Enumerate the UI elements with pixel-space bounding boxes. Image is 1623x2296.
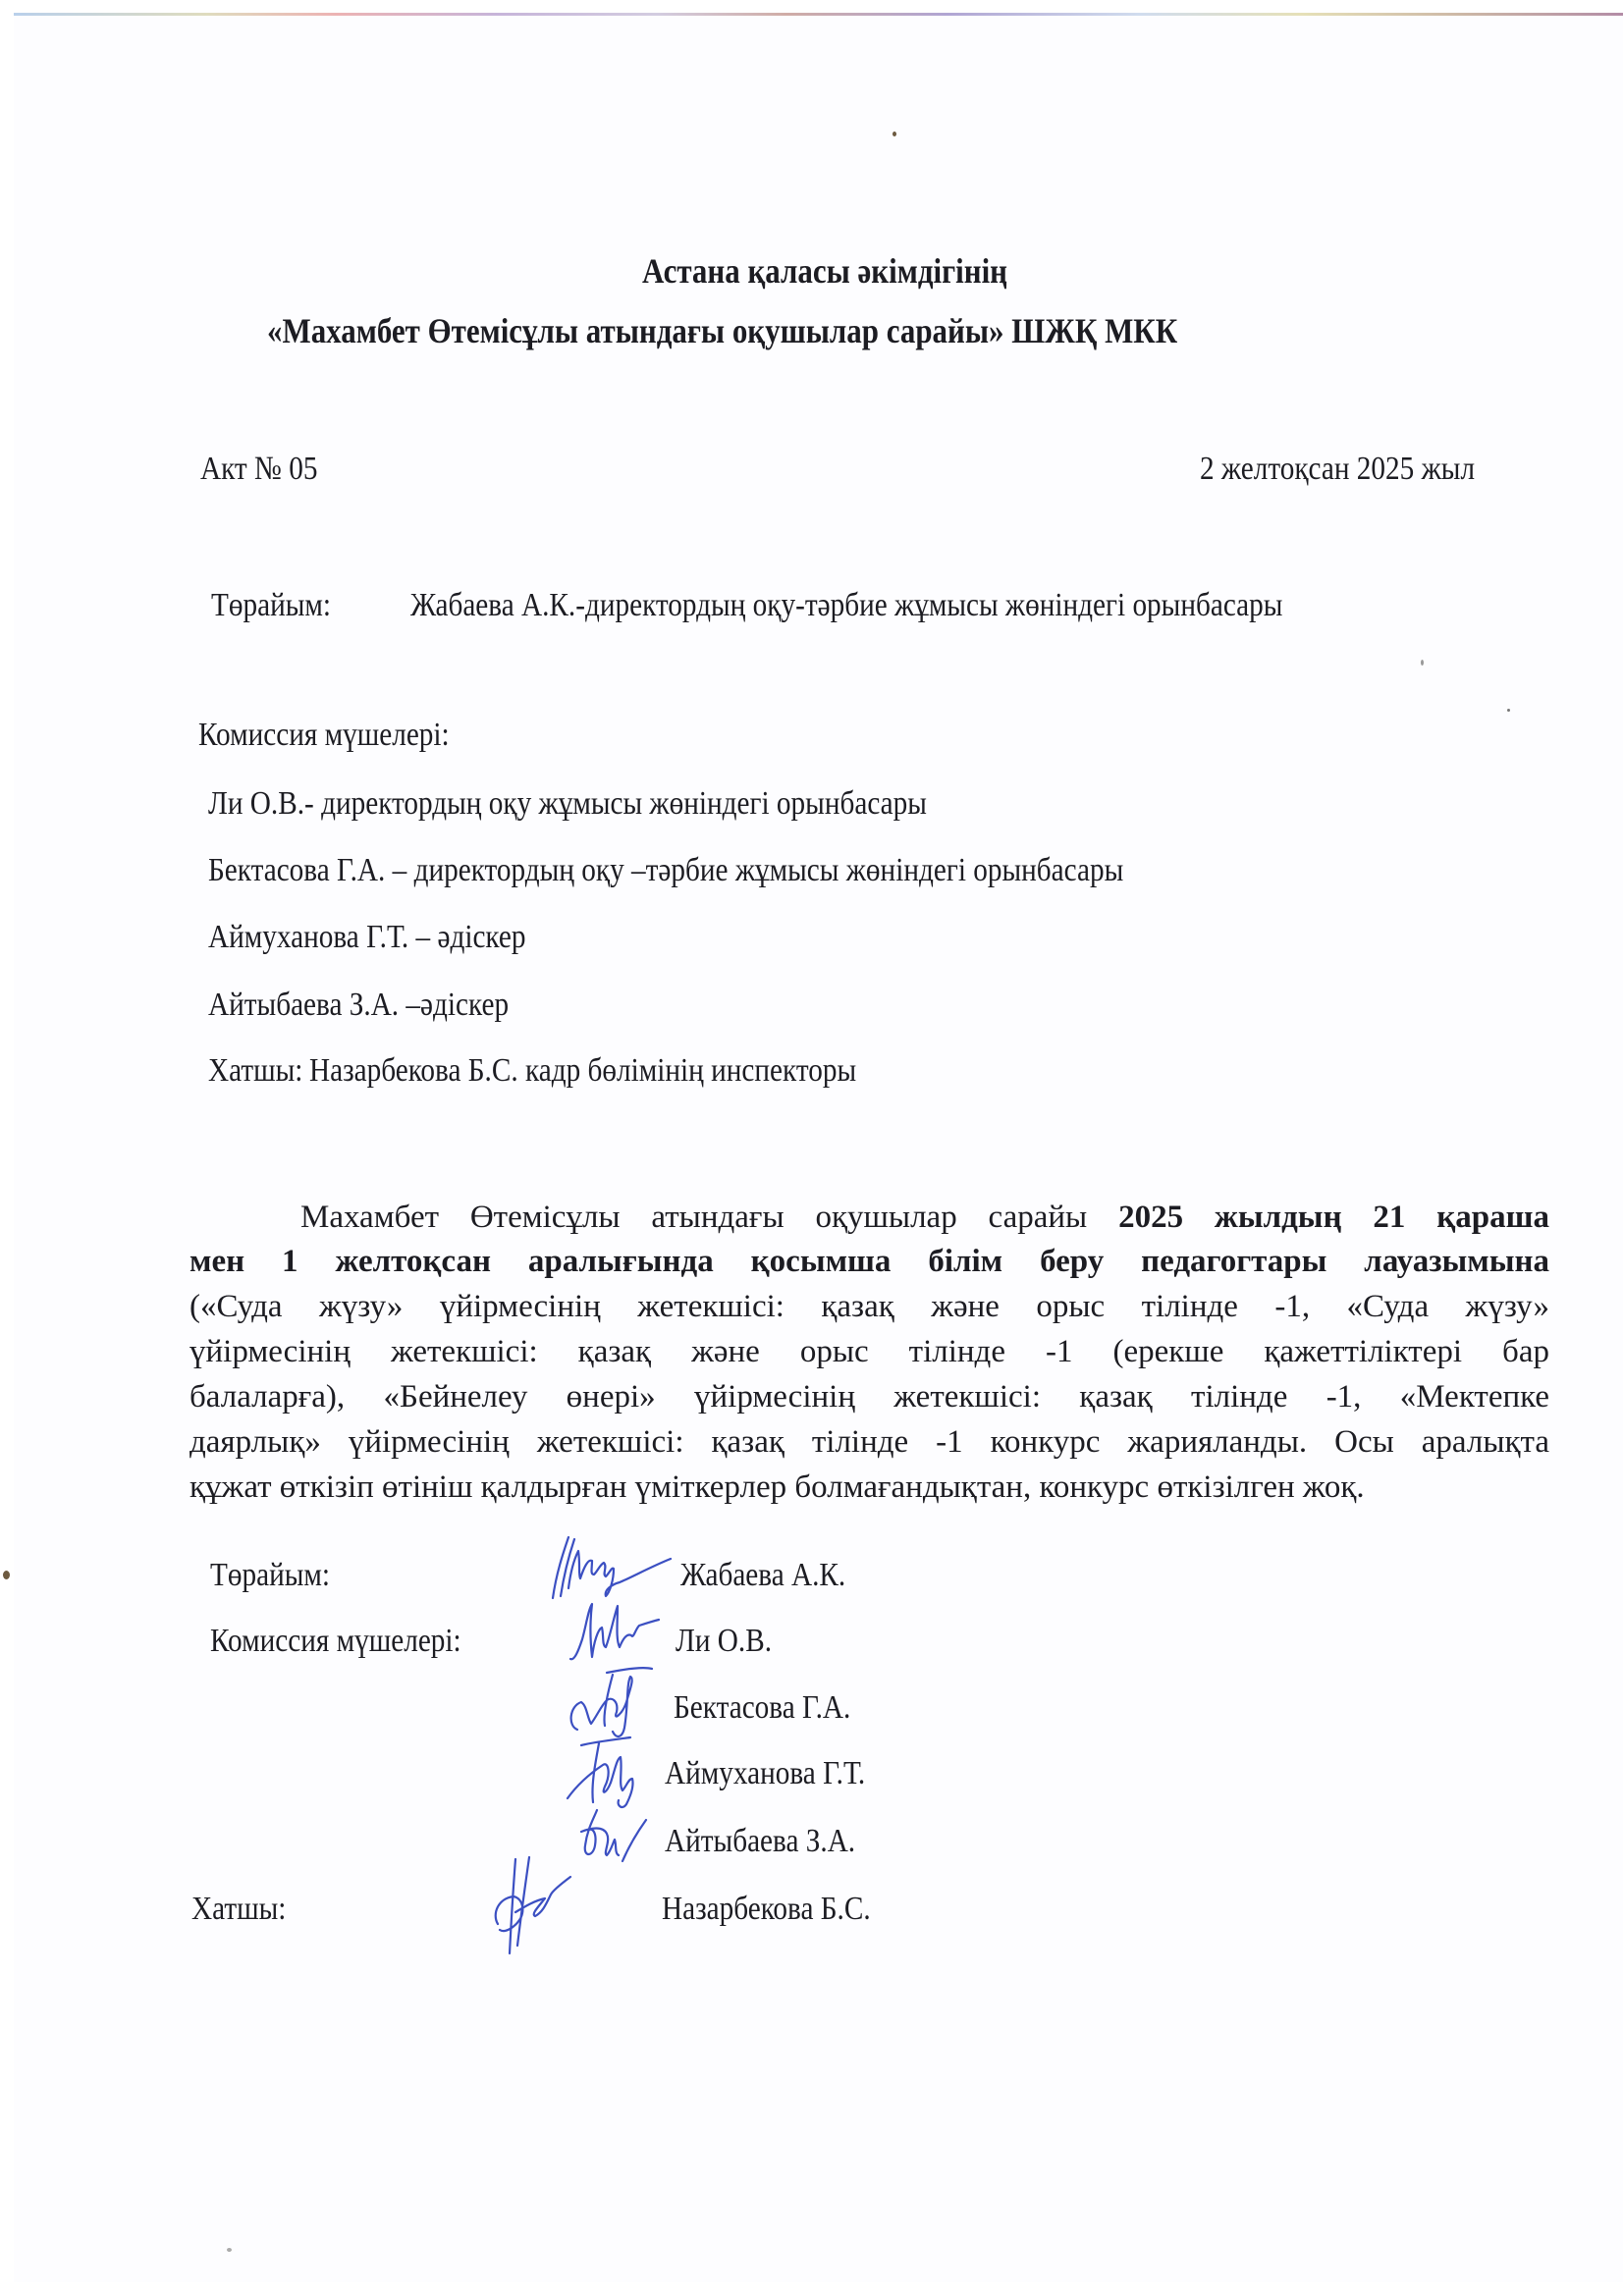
sig-commission-label: Комиссия мүшелері: xyxy=(210,1622,461,1661)
sig-secretary-label: Хатшы: xyxy=(191,1890,286,1929)
org-title-line1: Астана қаласы әкімдігінің xyxy=(642,251,1007,291)
act-date: 2 желтоқсан 2025 жыл xyxy=(1200,450,1475,489)
body-line-5: балаларға), «Бейнелеу өнері» үйірмесінің… xyxy=(189,1377,1549,1416)
body-line-3: («Суда жүзу» үйірмесінің жетекшісі: қаза… xyxy=(189,1287,1549,1326)
sig-name: Айтыбаева З.А. xyxy=(665,1822,855,1861)
sig-name: Бектасова Г.А. xyxy=(674,1688,850,1728)
sig-name: Ли О.В. xyxy=(676,1622,772,1661)
signature-nazarbekova-icon xyxy=(476,1855,584,1968)
commission-member: Аймуханова Г.Т. – әдіскер xyxy=(208,918,526,957)
sig-chair-label: Төрайым: xyxy=(210,1556,330,1595)
scan-speck xyxy=(893,132,896,136)
body-text-bold: 2025 жылдың 21 қараша xyxy=(1118,1200,1549,1235)
body-text: Махамбет Өтемісұлы атындағы оқушылар сар… xyxy=(300,1200,1118,1235)
scan-speck xyxy=(227,2248,232,2252)
secretary-value: Назарбекова Б.С. кадр бөлімінің инспекто… xyxy=(309,1051,856,1091)
body-line-4: үйірмесінің жетекшісі: қазақ және орыс т… xyxy=(189,1332,1549,1371)
sig-name: Жабаева А.К. xyxy=(680,1556,845,1595)
org-title-line2: «Махамбет Өтемісұлы атындағы оқушылар са… xyxy=(267,311,1177,350)
body-line-1: Махамбет Өтемісұлы атындағы оқушылар сар… xyxy=(300,1198,1549,1237)
scan-speck xyxy=(1421,660,1424,666)
chair-label: Төрайым: xyxy=(211,586,331,625)
sig-name: Назарбекова Б.С. xyxy=(662,1890,871,1929)
commission-member: Айтыбаева З.А. –әдіскер xyxy=(208,986,509,1025)
scan-speck xyxy=(1507,709,1510,712)
body-line-7: құжат өткізіп өтініш қалдырған үміткерле… xyxy=(189,1468,1549,1507)
scan-speck xyxy=(3,1571,10,1579)
commission-member: Ли О.В.- директордың оқу жұмысы жөніндег… xyxy=(208,784,927,824)
document-page xyxy=(14,14,1623,2282)
chair-value: Жабаева А.К.-директордың оқу-тәрбие жұмы… xyxy=(410,586,1282,625)
scan-edge-line xyxy=(14,13,1623,16)
commission-member: Бектасова Г.А. – директордың оқу –тәрбие… xyxy=(208,851,1123,890)
body-line-2: мен 1 желтоқсан аралығында қосымша білім… xyxy=(189,1242,1549,1281)
act-number: Акт № 05 xyxy=(200,450,317,489)
commission-heading: Комиссия мүшелері: xyxy=(198,716,450,755)
body-line-6: даярлық» үйірмесінің жетекшісі: қазақ ті… xyxy=(189,1422,1549,1462)
sig-name: Аймуханова Г.Т. xyxy=(665,1754,865,1793)
secretary-label: Хатшы: xyxy=(208,1051,302,1091)
